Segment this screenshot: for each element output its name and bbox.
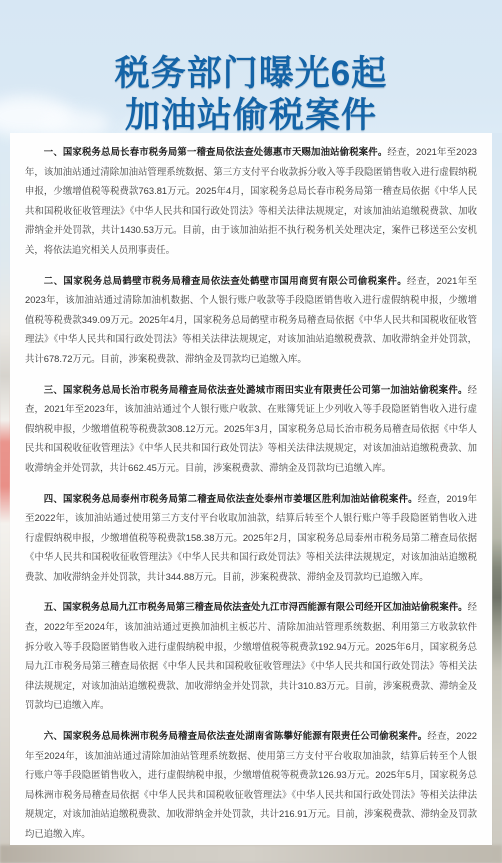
case-paragraph-4: 四、国家税务总局泰州市税务局第二稽查局依法查处泰州市姜堰区胜利加油站偷税案件。经…	[25, 489, 477, 587]
page-title-line-2: 加油站偷税案件	[0, 95, 502, 137]
case-body-1: 经查，2021年至2023年，该加油站通过清除加油站管理系统数据、第三方支付平台…	[25, 146, 477, 255]
article-panel: 一、国家税务总局长春市税务局第一稽查局依法查处德惠市天赐加油站偷税案件。经查，2…	[10, 133, 492, 845]
case-lead-6: 六、国家税务总局株洲市税务局稽查局依法查处湖南省陈攀好能源有限责任公司偷税案件。	[44, 730, 428, 741]
case-body-2: 经查，2021年至2023年，该加油站通过清除加油机数据、个人银行账户收款等手段…	[25, 275, 477, 364]
case-body-6: 经查，2022年至2024年，该加油站通过清除加油站管理系统数据、使用第三方支付…	[25, 730, 477, 839]
case-paragraph-3: 三、国家税务总局长治市税务局稽查局依法查处潞城市雨田实业有限责任公司第一加油站偷…	[25, 380, 477, 478]
page-title: 税务部门曝光6起 加油站偷税案件	[0, 53, 502, 137]
case-body-4: 经查，2019年至2022年，该加油站通过使用第三方支付平台收取加油款，结算后转…	[25, 493, 477, 582]
case-paragraph-2: 二、国家税务总局鹤壁市税务局稽查局依法查处鹤壁市国用商贸有限公司偷税案件。经查，…	[25, 271, 477, 369]
case-body-5: 经查，2022年至2024年，该加油站通过更换加油机主板芯片、清除加油站管理系统…	[25, 601, 477, 710]
background-photo-bottom-strip	[0, 845, 502, 863]
case-lead-4: 四、国家税务总局泰州市税务局第二稽查局依法查处泰州市姜堰区胜利加油站偷税案件。	[44, 493, 418, 504]
case-lead-1: 一、国家税务总局长春市税务局第一稽查局依法查处德惠市天赐加油站偷税案件。	[44, 146, 388, 157]
bulletin-poster: 税务部门曝光6起 加油站偷税案件 一、国家税务总局长春市税务局第一稽查局依法查处…	[0, 0, 502, 863]
case-lead-5: 五、国家税务总局九江市税务局第三稽查局依法查处九江市浔西能源有限公司经开区加油站…	[44, 601, 468, 612]
case-lead-2: 二、国家税务总局鹤壁市税务局稽查局依法查处鹤壁市国用商贸有限公司偷税案件。	[44, 275, 407, 286]
case-body-3: 经查，2021年至2023年，该加油站通过个人银行账户收款、在账簿凭证上少列收入…	[25, 384, 477, 473]
background-photo-right-edge	[492, 125, 502, 863]
case-paragraph-5: 五、国家税务总局九江市税务局第三稽查局依法查处九江市浔西能源有限公司经开区加油站…	[25, 597, 477, 715]
background-photo-left-edge	[0, 125, 10, 863]
case-paragraph-1: 一、国家税务总局长春市税务局第一稽查局依法查处德惠市天赐加油站偷税案件。经查，2…	[25, 142, 477, 260]
page-title-line-1: 税务部门曝光6起	[0, 53, 502, 95]
case-paragraph-6: 六、国家税务总局株洲市税务局稽查局依法查处湖南省陈攀好能源有限责任公司偷税案件。…	[25, 726, 477, 844]
case-lead-3: 三、国家税务总局长治市税务局稽查局依法查处潞城市雨田实业有限责任公司第一加油站偷…	[44, 384, 468, 395]
